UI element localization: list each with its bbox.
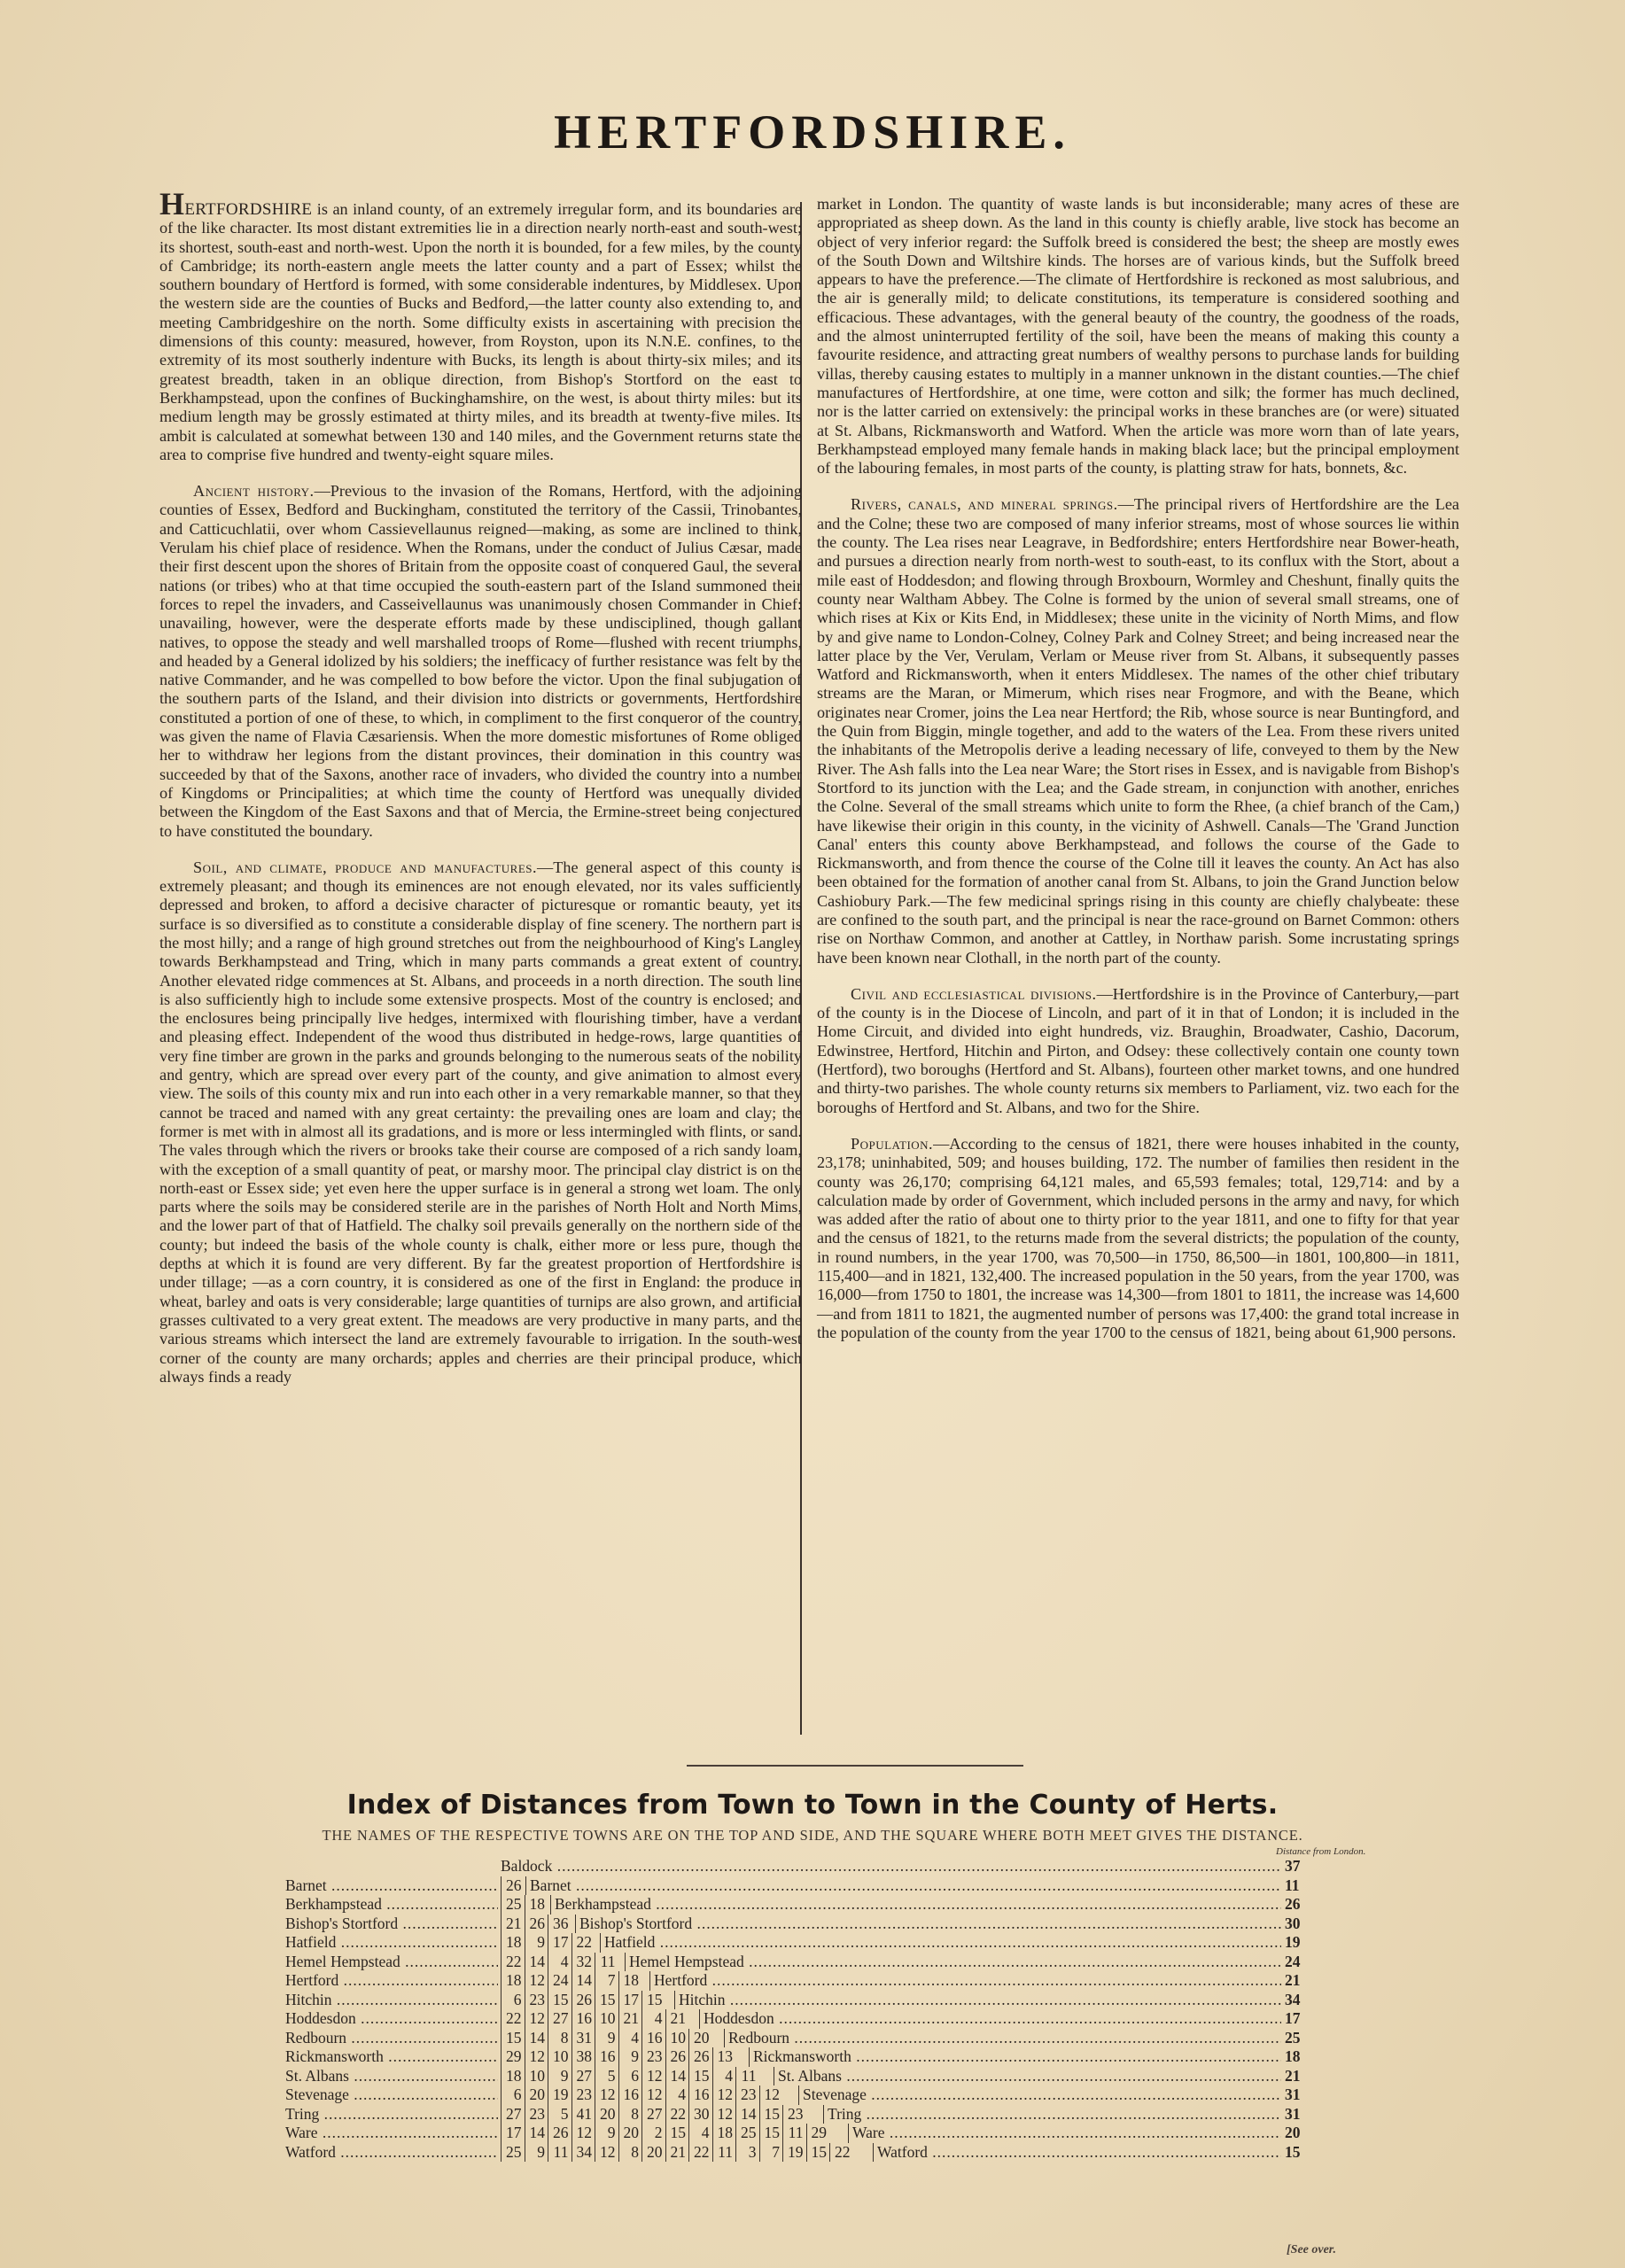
distance-cell: 2 bbox=[641, 2124, 665, 2143]
distance-cell: 9 bbox=[548, 2067, 571, 2086]
distance-cell: 14 bbox=[665, 2067, 689, 2086]
distance-cell: 10 bbox=[595, 2009, 618, 2029]
distance-cell: 26 bbox=[665, 2047, 689, 2067]
distance-cell: 7 bbox=[759, 2143, 783, 2163]
distance-table-row: Stevenage6201923121612416122312Stevenage… bbox=[285, 2085, 1366, 2105]
distance-table-row: Hertford18122414718Hertford21 bbox=[285, 1971, 1366, 1991]
distance-cell: 6 bbox=[501, 1991, 525, 2010]
section-heading-ancient-history: Ancient history. bbox=[193, 482, 315, 500]
row-town-name: Ware bbox=[285, 2124, 498, 2143]
column-town-label: Hemel Hempstead bbox=[625, 1953, 1281, 1972]
distance-cell: 18 bbox=[525, 1895, 548, 1915]
distance-cell: 8 bbox=[618, 2105, 642, 2124]
distance-table-row: Ware1714261292021541825151129Ware20 bbox=[285, 2124, 1366, 2143]
distance-cell: 14 bbox=[571, 1971, 595, 1991]
london-distance-value: 31 bbox=[1285, 2105, 1311, 2124]
distance-cell: 15 bbox=[806, 2143, 830, 2163]
distance-cell: 4 bbox=[688, 2124, 712, 2143]
distance-cell: 9 bbox=[595, 2029, 618, 2048]
distance-table-row: Berkhampstead2518Berkhampstead26 bbox=[285, 1895, 1366, 1915]
distance-cell: 15 bbox=[759, 2105, 783, 2124]
distance-cell: 15 bbox=[759, 2124, 783, 2143]
distance-cell: 24 bbox=[548, 1971, 571, 1991]
distance-cells: 18122414718 bbox=[501, 1971, 641, 1991]
column-town-label: Rickmansworth bbox=[749, 2047, 1281, 2067]
distance-cell: 14 bbox=[525, 1953, 548, 1972]
column-town-label: Hoddesdon bbox=[699, 2009, 1281, 2029]
distance-cell: 19 bbox=[548, 2085, 571, 2105]
page-title: HERTFORDSHIRE. bbox=[0, 105, 1625, 159]
distance-cell: 41 bbox=[571, 2105, 595, 2124]
london-distance-value: 19 bbox=[1285, 1933, 1311, 1953]
distance-cell: 4 bbox=[712, 2067, 736, 2086]
soil-continued-paragraph: market in London. The quantity of waste … bbox=[817, 195, 1459, 478]
distance-cell: 5 bbox=[548, 2105, 571, 2124]
distance-cell: 16 bbox=[618, 2085, 642, 2105]
distance-cells: 221443211 bbox=[501, 1953, 618, 1972]
distance-cell: 26 bbox=[501, 1876, 525, 1896]
distance-cells: 1714261292021541825151129 bbox=[501, 2124, 829, 2143]
distance-cells: 1891722 bbox=[501, 1933, 595, 1953]
distance-cell: 23 bbox=[782, 2105, 806, 2124]
distance-table-row: Hoddesdon221227161021421Hoddesdon17 bbox=[285, 2009, 1366, 2029]
distance-cell: 17 bbox=[501, 2124, 525, 2143]
distance-cell: 9 bbox=[525, 2143, 548, 2163]
distance-cell: 20 bbox=[525, 2085, 548, 2105]
row-town-name: Rickmansworth bbox=[285, 2047, 498, 2067]
distance-table-row: St. Albans181092756121415411St. Albans21 bbox=[285, 2067, 1366, 2086]
left-column: HERTFORDSHIRE is an inland county, of an… bbox=[159, 195, 802, 1404]
distance-cell: 22 bbox=[571, 1933, 595, 1953]
civil-paragraph: Civil and ecclesiastical divisions.—Hert… bbox=[817, 985, 1459, 1117]
distance-cell: 11 bbox=[548, 2143, 571, 2163]
distance-cell: 21 bbox=[501, 1915, 525, 1934]
distance-cells: 26 bbox=[501, 1876, 525, 1896]
distance-index-subtitle: The names of the respective towns are on… bbox=[0, 1827, 1625, 1845]
distance-cells: 212636 bbox=[501, 1915, 571, 1934]
distance-cell: 22 bbox=[501, 2009, 525, 2029]
distance-cell: 20 bbox=[618, 2124, 642, 2143]
distance-cell: 23 bbox=[571, 2085, 595, 2105]
distance-cell: 9 bbox=[525, 1933, 548, 1953]
distance-cell: 31 bbox=[571, 2029, 595, 2048]
distance-cell: 25 bbox=[501, 2143, 525, 2163]
distance-cell: 34 bbox=[571, 2143, 595, 2163]
distance-cell: 8 bbox=[548, 2029, 571, 2048]
distance-cell: 4 bbox=[618, 2029, 642, 2048]
column-town-label: Watford bbox=[873, 2143, 1281, 2163]
distance-cell: 26 bbox=[548, 2124, 571, 2143]
distance-cell: 15 bbox=[665, 2124, 689, 2143]
column-town-label: Hertford bbox=[649, 1971, 1281, 1991]
distance-cell: 6 bbox=[618, 2067, 642, 2086]
distance-table-row: Redbourn151483194161020Redbourn25 bbox=[285, 2029, 1366, 2048]
section-heading-civil: Civil and ecclesiastical divisions. bbox=[851, 985, 1097, 1003]
distance-cell: 25 bbox=[735, 2124, 759, 2143]
rivers-paragraph: Rivers, canals, and mineral springs.—The… bbox=[817, 495, 1459, 967]
distance-cell: 38 bbox=[571, 2047, 595, 2067]
distance-cell: 14 bbox=[735, 2105, 759, 2124]
distance-cell: 20 bbox=[595, 2105, 618, 2124]
distance-cells: 221227161021421 bbox=[501, 2009, 688, 2029]
distance-table-row: Barnet26Barnet11 bbox=[285, 1876, 1366, 1896]
distance-table-row: Bishop's Stortford212636Bishop's Stortfo… bbox=[285, 1915, 1366, 1934]
distance-cell: 23 bbox=[641, 2047, 665, 2067]
distance-cell: 11 bbox=[782, 2124, 806, 2143]
column-town-label: Hatfield bbox=[600, 1933, 1281, 1953]
distance-cell: 15 bbox=[501, 2029, 525, 2048]
distance-cell: 4 bbox=[641, 2009, 665, 2029]
london-distance-value: 21 bbox=[1285, 2067, 1311, 2086]
london-distance-value: 26 bbox=[1285, 1895, 1311, 1915]
column-town-label: Barnet bbox=[525, 1876, 1281, 1896]
distance-cell: 22 bbox=[665, 2105, 689, 2124]
distance-cell: 18 bbox=[501, 1933, 525, 1953]
distance-cells: 6201923121612416122312 bbox=[501, 2085, 782, 2105]
london-distance-value: 17 bbox=[1285, 2009, 1311, 2029]
distance-cell: 12 bbox=[595, 2085, 618, 2105]
intro-lead: HERTFORDSHIRE bbox=[159, 200, 312, 219]
distance-table-row: Rickmansworth2912103816923262613Rickmans… bbox=[285, 2047, 1366, 2067]
london-distance-value: 37 bbox=[1285, 1857, 1311, 1876]
distance-cell: 21 bbox=[665, 2009, 689, 2029]
distance-table: Baldock37Barnet26Barnet11Berkhampstead25… bbox=[285, 1857, 1366, 2162]
row-town-name: St. Albans bbox=[285, 2067, 498, 2086]
distance-cell: 32 bbox=[571, 1953, 595, 1972]
distance-cell: 12 bbox=[712, 2105, 736, 2124]
row-town-name: Stevenage bbox=[285, 2085, 498, 2105]
distance-cell: 16 bbox=[688, 2085, 712, 2105]
distance-cell: 29 bbox=[501, 2047, 525, 2067]
population-paragraph: Population.—According to the census of 1… bbox=[817, 1135, 1459, 1342]
distance-cell: 15 bbox=[641, 1991, 665, 2010]
distance-cell: 10 bbox=[665, 2029, 689, 2048]
distance-cell: 12 bbox=[641, 2067, 665, 2086]
column-town-label: Ware bbox=[848, 2124, 1281, 2143]
distance-cell: 3 bbox=[735, 2143, 759, 2163]
distance-table-row: Hatfield1891722Hatfield19 bbox=[285, 1933, 1366, 1953]
distance-table-row: Watford25911341282021221137191522Watford… bbox=[285, 2143, 1366, 2163]
london-distance-value: 31 bbox=[1285, 2085, 1311, 2105]
row-town-name: Watford bbox=[285, 2143, 498, 2163]
distance-cell: 6 bbox=[501, 2085, 525, 2105]
section-heading-rivers: Rivers, canals, and mineral springs. bbox=[851, 495, 1118, 513]
distance-cell: 22 bbox=[688, 2143, 712, 2163]
distance-table-row: Tring272354120827223012141523Tring31 bbox=[285, 2105, 1366, 2124]
column-town-label: Bishop's Stortford bbox=[575, 1915, 1281, 1934]
distance-cell: 12 bbox=[571, 2124, 595, 2143]
distance-table-row: Baldock37 bbox=[285, 1857, 1366, 1876]
see-over-note: [See over. bbox=[1287, 2243, 1336, 2257]
distance-cell: 26 bbox=[525, 1915, 548, 1934]
distance-cell: 14 bbox=[525, 2029, 548, 2048]
distance-cell: 22 bbox=[829, 2143, 853, 2163]
london-distance-value: 21 bbox=[1285, 1971, 1311, 1991]
distance-cell: 23 bbox=[525, 2105, 548, 2124]
distance-cell: 25 bbox=[501, 1895, 525, 1915]
distance-cell: 11 bbox=[712, 2143, 736, 2163]
distance-cell: 27 bbox=[641, 2105, 665, 2124]
distance-cell: 18 bbox=[501, 2067, 525, 2086]
distance-cell: 23 bbox=[525, 1991, 548, 2010]
section-heading-population: Population. bbox=[851, 1135, 933, 1153]
row-town-name: Tring bbox=[285, 2105, 498, 2124]
distance-cell: 12 bbox=[641, 2085, 665, 2105]
distance-index-title: Index of Distances from Town to Town in … bbox=[0, 1790, 1625, 1821]
row-town-name: Redbourn bbox=[285, 2029, 498, 2048]
distance-cells: 272354120827223012141523 bbox=[501, 2105, 806, 2124]
distance-cell: 20 bbox=[688, 2029, 712, 2048]
distance-cell: 18 bbox=[712, 2124, 736, 2143]
distance-cell: 14 bbox=[525, 2124, 548, 2143]
distance-cells: 6231526151715 bbox=[501, 1991, 665, 2010]
distance-cell: 4 bbox=[548, 1953, 571, 1972]
distance-cell: 7 bbox=[595, 1971, 618, 1991]
distance-cell: 21 bbox=[618, 2009, 642, 2029]
distance-cells: 151483194161020 bbox=[501, 2029, 712, 2048]
column-town-label: Berkhampstead bbox=[550, 1895, 1281, 1915]
distance-table-row: Hemel Hempstead221443211Hemel Hempstead2… bbox=[285, 1953, 1366, 1972]
distance-cell: 8 bbox=[618, 2143, 642, 2163]
distance-cells: 25911341282021221137191522 bbox=[501, 2143, 853, 2163]
distance-cell: 27 bbox=[548, 2009, 571, 2029]
distance-cell: 27 bbox=[501, 2105, 525, 2124]
distance-cell: 9 bbox=[595, 2124, 618, 2143]
distance-cell: 22 bbox=[501, 1953, 525, 1972]
distance-cell: 12 bbox=[525, 1971, 548, 1991]
distance-cell: 5 bbox=[595, 2067, 618, 2086]
distance-cell: 15 bbox=[595, 1991, 618, 2010]
row-town-name: Hoddesdon bbox=[285, 2009, 498, 2029]
distance-cell: 18 bbox=[501, 1971, 525, 1991]
distance-cell: 26 bbox=[688, 2047, 712, 2067]
london-distance-value: 24 bbox=[1285, 1953, 1311, 1972]
distance-cell: 17 bbox=[618, 1991, 642, 2010]
distance-cell: 29 bbox=[806, 2124, 830, 2143]
right-column: market in London. The quantity of waste … bbox=[817, 195, 1459, 1360]
distance-cell: 21 bbox=[665, 2143, 689, 2163]
distance-cell: 9 bbox=[618, 2047, 642, 2067]
distance-cell: 16 bbox=[641, 2029, 665, 2048]
row-town-name: Hitchin bbox=[285, 1991, 498, 2010]
column-town-label: Baldock bbox=[501, 1857, 1281, 1876]
london-distance-value: 25 bbox=[1285, 2029, 1311, 2048]
distance-cell: 18 bbox=[618, 1971, 642, 1991]
distance-cell: 15 bbox=[688, 2067, 712, 2086]
distance-cell: 4 bbox=[665, 2085, 689, 2105]
distance-cell: 12 bbox=[759, 2085, 783, 2105]
distance-cell: 11 bbox=[595, 1953, 618, 1972]
distance-cells: 181092756121415411 bbox=[501, 2067, 759, 2086]
section-heading-soil: Soil, and climate, produce and manufactu… bbox=[193, 858, 537, 876]
distance-cell: 11 bbox=[735, 2067, 759, 2086]
london-distance-value: 20 bbox=[1285, 2124, 1311, 2143]
row-town-name: Barnet bbox=[285, 1876, 498, 1896]
column-town-label: Tring bbox=[823, 2105, 1281, 2124]
distance-cell: 12 bbox=[525, 2009, 548, 2029]
london-distance-value: 18 bbox=[1285, 2047, 1311, 2067]
london-distance-value: 15 bbox=[1285, 2143, 1311, 2163]
soil-paragraph: Soil, and climate, produce and manufactu… bbox=[159, 858, 802, 1386]
intro-paragraph: HERTFORDSHIRE is an inland county, of an… bbox=[159, 195, 802, 464]
row-town-name: Berkhampstead bbox=[285, 1895, 498, 1915]
distance-cell: 10 bbox=[548, 2047, 571, 2067]
distance-cell: 20 bbox=[641, 2143, 665, 2163]
distance-cell: 16 bbox=[595, 2047, 618, 2067]
distance-cell: 36 bbox=[548, 1915, 571, 1934]
distance-cells: 2912103816923262613 bbox=[501, 2047, 735, 2067]
distance-cell: 30 bbox=[688, 2105, 712, 2124]
london-distance-value: 30 bbox=[1285, 1915, 1311, 1934]
distance-cell: 12 bbox=[712, 2085, 736, 2105]
distance-cells: 2518 bbox=[501, 1895, 548, 1915]
ancient-history-paragraph: Ancient history.—Previous to the invasio… bbox=[159, 482, 802, 841]
distance-cell: 19 bbox=[782, 2143, 806, 2163]
distance-cell: 16 bbox=[571, 2009, 595, 2029]
distance-cell: 27 bbox=[571, 2067, 595, 2086]
row-town-name: Hemel Hempstead bbox=[285, 1953, 498, 1972]
distance-cell: 13 bbox=[712, 2047, 736, 2067]
distance-cell: 26 bbox=[571, 1991, 595, 2010]
section-divider-rule bbox=[687, 1765, 1023, 1767]
distance-cell: 12 bbox=[525, 2047, 548, 2067]
london-distance-value: 11 bbox=[1285, 1876, 1311, 1896]
row-town-name: Hatfield bbox=[285, 1933, 498, 1953]
column-town-label: Stevenage bbox=[798, 2085, 1281, 2105]
london-distance-value: 34 bbox=[1285, 1991, 1311, 2010]
distance-cell: 23 bbox=[735, 2085, 759, 2105]
column-town-label: Redbourn bbox=[724, 2029, 1281, 2048]
row-town-name: Bishop's Stortford bbox=[285, 1915, 498, 1934]
distance-cell: 10 bbox=[525, 2067, 548, 2086]
distance-cell: 17 bbox=[548, 1933, 571, 1953]
column-town-label: St. Albans bbox=[774, 2067, 1281, 2086]
distance-cell: 15 bbox=[548, 1991, 571, 2010]
column-town-label: Hitchin bbox=[674, 1991, 1281, 2010]
london-distance-label: Distance from London. bbox=[1276, 1846, 1365, 1857]
distance-table-row: Hitchin6231526151715Hitchin34 bbox=[285, 1991, 1366, 2010]
row-town-name: Hertford bbox=[285, 1971, 498, 1991]
distance-cell: 12 bbox=[595, 2143, 618, 2163]
